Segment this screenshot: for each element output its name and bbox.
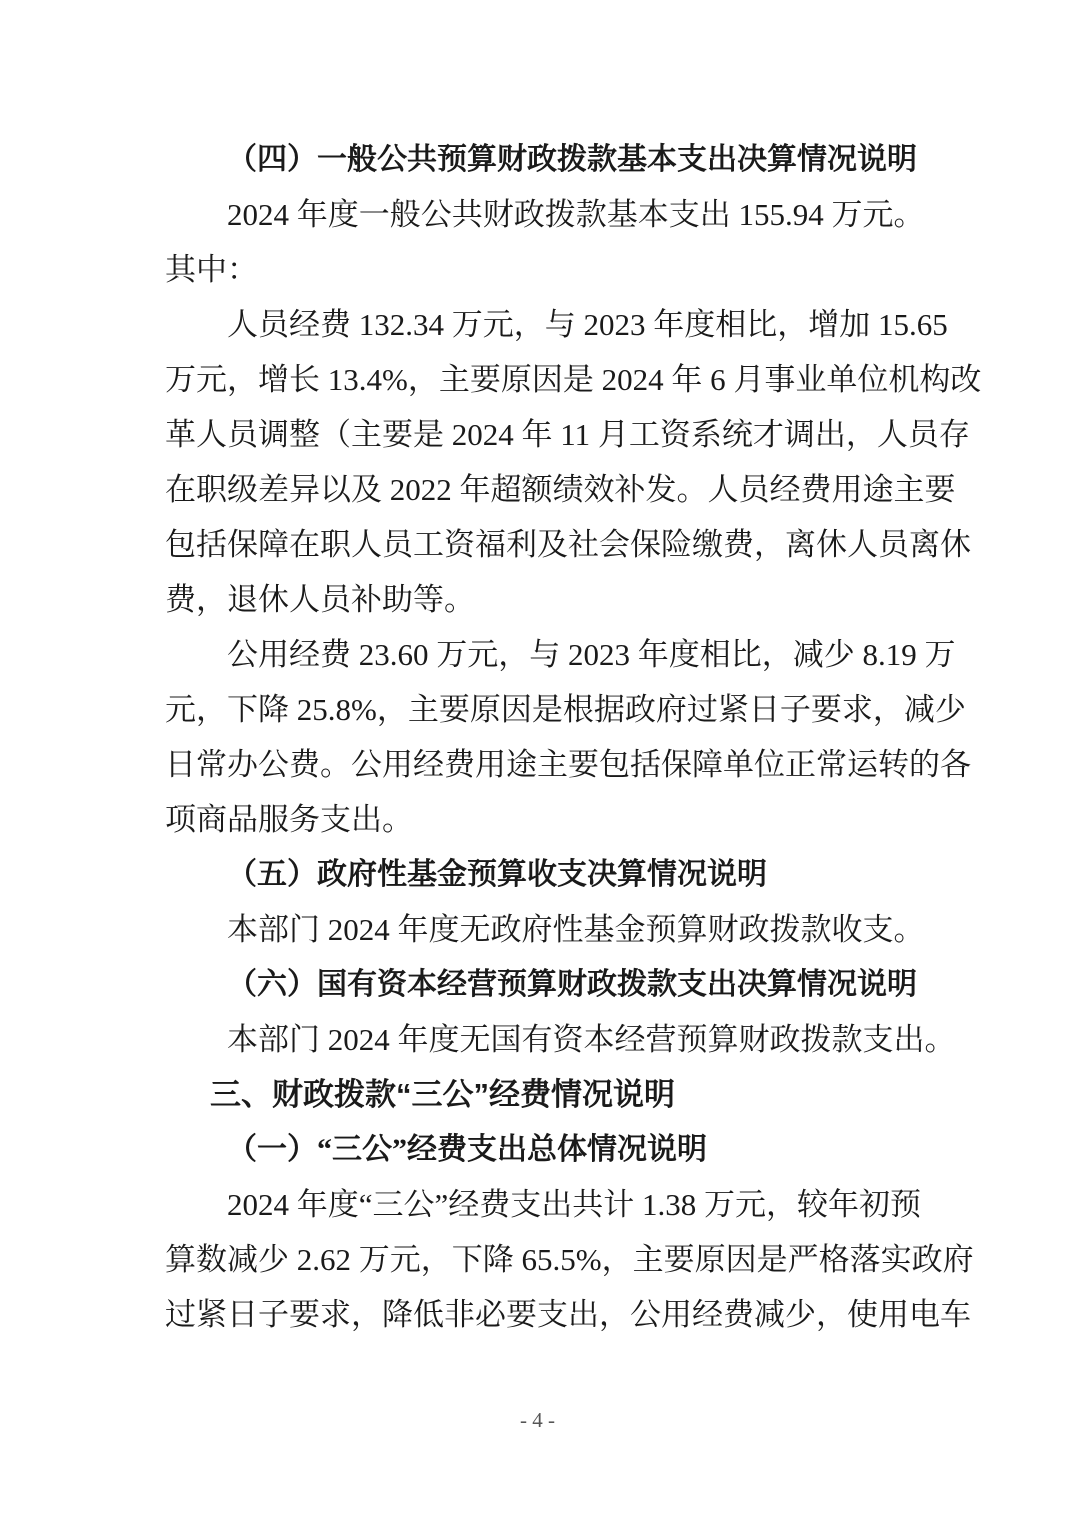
text-line: 过紧日子要求，降低非必要支出，公用经费减少，使用电车 xyxy=(165,1287,912,1342)
text-line: 本部门 2024 年度无国有资本经营预算财政拨款支出。 xyxy=(165,1012,912,1067)
text-line: 本部门 2024 年度无政府性基金预算财政拨款收支。 xyxy=(165,902,912,957)
section-heading: （四）一般公共预算财政拨款基本支出决算情况说明 xyxy=(165,132,912,187)
document-page: （四）一般公共预算财政拨款基本支出决算情况说明2024 年度一般公共财政拨款基本… xyxy=(0,0,1075,1520)
text-line: 项商品服务支出。 xyxy=(165,792,912,847)
document-body: （四）一般公共预算财政拨款基本支出决算情况说明2024 年度一般公共财政拨款基本… xyxy=(165,132,912,1342)
text-line: 2024 年度“三公”经费支出共计 1.38 万元，较年初预 xyxy=(165,1177,912,1232)
text-line: 包括保障在职人员工资福利及社会保险缴费，离休人员离休 xyxy=(165,517,912,572)
text-line: 费，退休人员补助等。 xyxy=(165,572,912,627)
text-line: 万元，增长 13.4%，主要原因是 2024 年 6 月事业单位机构改 xyxy=(165,352,912,407)
text-line: 人员经费 132.34 万元，与 2023 年度相比，增加 15.65 xyxy=(165,297,912,352)
page-number: - 4 - xyxy=(520,1408,555,1432)
text-line: 革人员调整（主要是 2024 年 11 月工资系统才调出，人员存 xyxy=(165,407,912,462)
text-line: 日常办公费。公用经费用途主要包括保障单位正常运转的各 xyxy=(165,737,912,792)
text-line: 在职级差异以及 2022 年超额绩效补发。人员经费用途主要 xyxy=(165,462,912,517)
section-heading: （六）国有资本经营预算财政拨款支出决算情况说明 xyxy=(165,957,912,1012)
text-line: 算数减少 2.62 万元，下降 65.5%，主要原因是严格落实政府 xyxy=(165,1232,912,1287)
section-heading: 三、财政拨款“三公”经费情况说明 xyxy=(165,1067,912,1122)
text-line: 元，下降 25.8%，主要原因是根据政府过紧日子要求，减少 xyxy=(165,682,912,737)
section-heading: （五）政府性基金预算收支决算情况说明 xyxy=(165,847,912,902)
text-line: 公用经费 23.60 万元，与 2023 年度相比，减少 8.19 万 xyxy=(165,627,912,682)
text-line: 其中： xyxy=(165,242,912,297)
section-heading: （一）“三公”经费支出总体情况说明 xyxy=(165,1122,912,1177)
page-footer: - 4 - xyxy=(0,1398,1075,1442)
text-line: 2024 年度一般公共财政拨款基本支出 155.94 万元。 xyxy=(165,187,912,242)
